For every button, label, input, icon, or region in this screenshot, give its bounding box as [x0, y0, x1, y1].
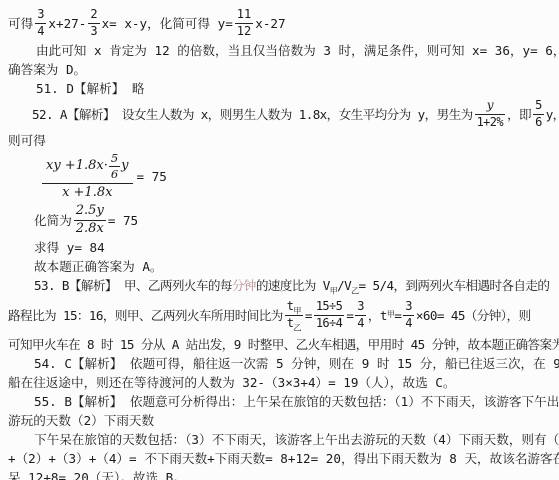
faded-text: 分钟: [232, 278, 256, 293]
text-segment: = 75: [137, 167, 167, 186]
fraction: t甲 t乙: [285, 300, 303, 331]
fraction: 23: [88, 8, 99, 39]
text-line: 可知甲火车在 8 时 15 分从 A 站出发，9 时整甲、乙火车相遇，甲用时 4…: [8, 335, 553, 354]
equation-line-simplified: 化简为 2.5y2.8x = 75: [8, 202, 553, 238]
fraction-denominator: 6: [533, 115, 544, 130]
text-segment: =: [394, 306, 401, 325]
text-segment: x+27-: [48, 14, 86, 33]
fraction-numerator: 2: [88, 8, 99, 24]
text-segment: =: [346, 306, 353, 325]
text-line: +（2）+（3）+（4）= 不下雨天数+下雨天数= 8+12= 20，得出下雨天…: [8, 449, 553, 468]
text-segment: ，即: [507, 105, 531, 124]
text-segment: 的速度比为 V: [256, 278, 330, 293]
text-segment: /V: [337, 278, 351, 293]
text-line: 游玩的天数（2）下雨天数: [8, 411, 553, 430]
fraction-denominator: 2.8x: [74, 221, 106, 237]
fraction-denominator: 3: [88, 24, 99, 39]
text-segment: x= x-y，化简可得 y=: [102, 14, 233, 33]
fraction-numerator: 3: [403, 300, 414, 316]
equation-line-49: 可得 34 x+27- 23 x= x-y，化简可得 y= 1112 x-27: [8, 5, 553, 41]
answer-line-54: 54. C【解析】 依题可得，船往返一次需 5 分钟，则在 9 时 15 分，船…: [8, 354, 553, 373]
fraction-numerator: 3: [355, 300, 366, 316]
fraction: 1112: [235, 8, 253, 39]
text-segment: 路程比为 15：16，则甲、乙两列火车所用时间比为: [8, 306, 283, 325]
fraction: 34: [403, 300, 414, 331]
fraction-denominator: 12: [235, 24, 253, 39]
fraction-numerator: 5: [533, 99, 544, 115]
equation-line-53: 路程比为 15：16，则甲、乙两列火车所用时间比为 t甲 t乙 = 15÷516…: [8, 295, 553, 335]
text-segment: ，t: [368, 306, 387, 325]
fraction-denominator: 4: [355, 316, 366, 331]
text-line: 则可得: [8, 131, 553, 150]
text-segment: ×60= 45（分钟），则: [416, 306, 531, 325]
text-line: 下午呆在旅馆的天数包括：（3）不下雨天，该游客上午出去游玩的天数（4）下雨天数，…: [8, 430, 553, 449]
fraction-denominator: 6: [109, 167, 120, 181]
text-segment: xy +1.8x·: [46, 159, 108, 173]
fraction-numerator: 5: [109, 152, 120, 167]
fraction-denominator: 1+2%: [475, 115, 506, 130]
text-segment: = 5/4，到两列火车相遇时各自走的: [359, 278, 550, 293]
fraction-numerator: y: [475, 99, 506, 115]
text-line: 求得 y= 84: [8, 238, 553, 257]
text-segment: =: [305, 306, 312, 325]
fraction-denominator: t乙: [285, 316, 303, 331]
text-segment: 53. B【解析】 甲、乙两列火车的每: [34, 278, 232, 293]
subscript: 乙: [351, 287, 358, 296]
answer-line-55: 55. B【解析】 依题意可分析得出：上午呆在旅馆的天数包括：（1）不下雨天，该…: [8, 392, 553, 411]
big-fraction: xy +1.8x· 56 y x +1.8x: [42, 152, 133, 201]
text-segment: y: [121, 159, 128, 173]
subscript: 乙: [293, 323, 300, 332]
text-line: 由此可知 x 肯定为 12 的倍数，当且仅当倍数为 3 时，满足条件，则可知 x…: [8, 41, 553, 60]
text-line: 故本题正确答案为 A。: [8, 257, 553, 276]
answer-line-53: 53. B【解析】 甲、乙两列火车的每分钟的速度比为 V甲/V乙= 5/4，到两…: [8, 276, 553, 295]
text-segment: 可得: [8, 14, 33, 33]
text-segment: 化简为: [34, 211, 72, 230]
equation-line-52: xy +1.8x· 56 y x +1.8x = 75: [8, 150, 553, 202]
text-segment: x-27: [255, 14, 285, 33]
fraction-numerator: 3: [35, 8, 46, 24]
text-segment: 52. A【解析】 设女生人数为 x，则男生人数为 1.8x，女生平均分为 y，…: [32, 105, 473, 124]
text-line: 确答案为 D。: [8, 60, 553, 79]
answer-line-52: 52. A【解析】 设女生人数为 x，则男生人数为 1.8x，女生平均分为 y，…: [8, 98, 553, 131]
nested-fraction: 56: [109, 152, 120, 181]
fraction: y1+2%: [475, 99, 506, 130]
fraction-numerator: 15÷5: [314, 300, 345, 316]
big-fraction-numerator: xy +1.8x· 56 y: [42, 152, 133, 184]
fraction-numerator: 11: [235, 8, 253, 24]
document-page: 可得 34 x+27- 23 x= x-y，化简可得 y= 1112 x-27 …: [0, 0, 559, 480]
fraction-numerator: 2.5y: [74, 204, 106, 221]
fraction-denominator: 4: [35, 24, 46, 39]
fraction: 34: [355, 300, 366, 331]
fraction-numerator: t甲: [285, 300, 303, 316]
fraction: 34: [35, 8, 46, 39]
fraction: 2.5y2.8x: [74, 204, 106, 237]
answer-line-51: 51. D【解析】 略: [8, 79, 553, 98]
fraction: 15÷516÷4: [314, 300, 345, 331]
text-line: 呆 12+8= 20（天）。故选 B。: [8, 468, 553, 480]
text-segment: y，: [546, 105, 559, 124]
text-line: 船在往返途中，则还在等待渡河的人数为 32-（3×3+4）= 19（人），故选 …: [8, 373, 553, 392]
fraction-denominator: 16÷4: [314, 316, 345, 331]
big-fraction-denominator: x +1.8x: [58, 184, 116, 200]
fraction-denominator: 4: [403, 316, 414, 331]
fraction: 56: [533, 99, 544, 130]
subscript: 甲: [293, 306, 300, 315]
text-segment: = 75: [108, 211, 138, 230]
